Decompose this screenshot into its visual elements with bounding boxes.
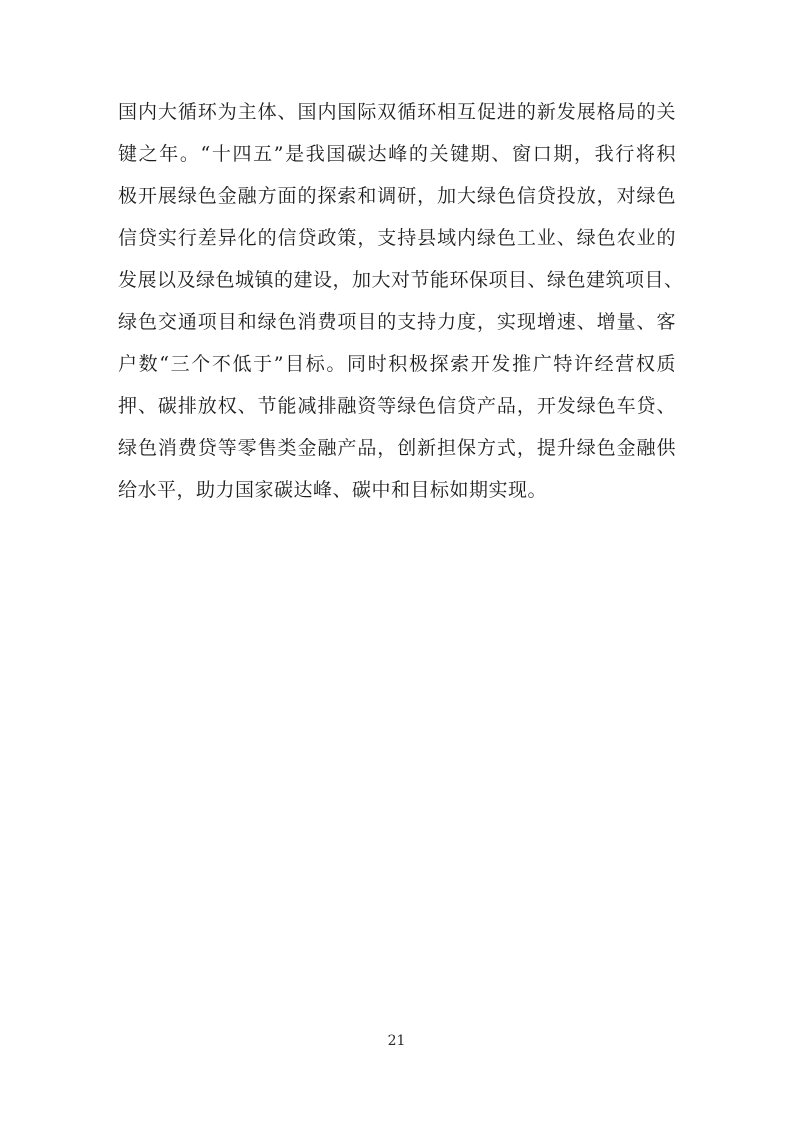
paragraph-line: 发展以及绿色城镇的建设，加大对节能环保项目、绿色建筑项目、 [118,259,676,301]
paragraph-line: 绿色消费贷等零售类金融产品，创新担保方式，提升绿色金融供 [118,427,676,469]
page-footer: 21 [0,1030,793,1049]
paragraph-line: 给水平，助力国家碳达峰、碳中和目标如期实现。 [118,469,676,511]
body-paragraph: 国内大循环为主体、国内国际双循环相互促进的新发展格局的关 键之年。“十四五”是我… [118,91,676,511]
paragraph-line: 户数“三个不低于”目标。同时积极探索开发推广特许经营权质 [118,343,676,385]
paragraph-line: 国内大循环为主体、国内国际双循环相互促进的新发展格局的关 [118,91,676,133]
paragraph-line: 极开展绿色金融方面的探索和调研，加大绿色信贷投放，对绿色 [118,175,676,217]
paragraph-line: 绿色交通项目和绿色消费项目的支持力度，实现增速、增量、客 [118,301,676,343]
document-page: 国内大循环为主体、国内国际双循环相互促进的新发展格局的关 键之年。“十四五”是我… [0,0,793,1122]
paragraph-line: 键之年。“十四五”是我国碳达峰的关键期、窗口期，我行将积 [118,133,676,175]
paragraph-line: 押、碳排放权、节能减排融资等绿色信贷产品，开发绿色车贷、 [118,385,676,427]
paragraph-line: 信贷实行差异化的信贷政策，支持县域内绿色工业、绿色农业的 [118,217,676,259]
page-number: 21 [388,1033,406,1049]
